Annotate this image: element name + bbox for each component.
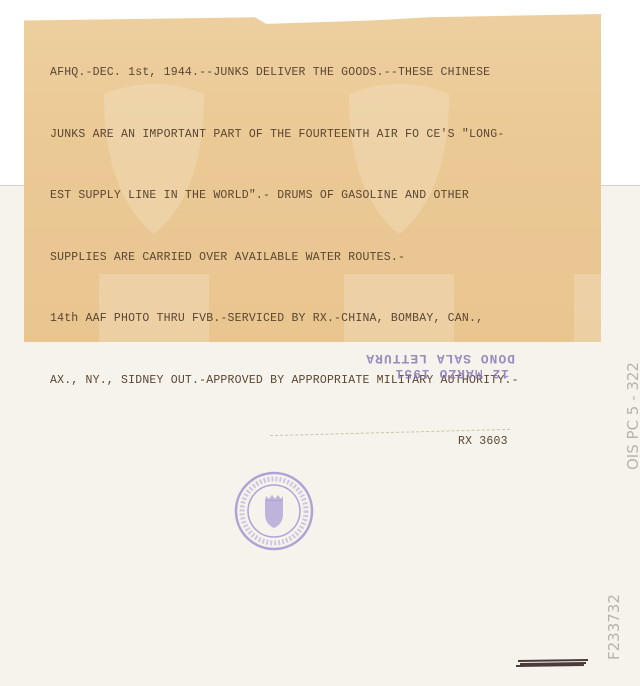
pencil-annotations: F233732 OIS PC 5 - 322 [600,330,640,670]
handwritten-inventory-number: F233732 [605,594,623,660]
typewritten-caption: AFHQ.-DEC. 1st, 1944.--JUNKS DELIVER THE… [50,22,570,473]
caption-line: AFHQ.-DEC. 1st, 1944.--JUNKS DELIVER THE… [50,63,570,84]
stamp-text: DONO SALA LETTURA [285,351,515,366]
stamp-date: 12 MARZO 1951 [285,366,515,381]
shield-emblem-icon [265,495,283,528]
handwritten-catalog-note: OIS PC 5 - 322 [624,362,640,470]
caption-line: 14th AAF PHOTO THRU FVB.-SERVICED BY RX.… [50,309,570,330]
scribble-mark [514,656,592,668]
caption-line: JUNKS ARE AN IMPORTANT PART OF THE FOURT… [50,125,570,146]
caption-line: EST SUPPLY LINE IN THE WORLD".- DRUMS OF… [50,186,570,207]
library-donation-stamp: 12 MARZO 1951 DONO SALA LETTURA [285,351,515,381]
round-seal-stamp [233,470,315,552]
caption-line: SUPPLIES ARE CARRIED OVER AVAILABLE WATE… [50,248,570,269]
